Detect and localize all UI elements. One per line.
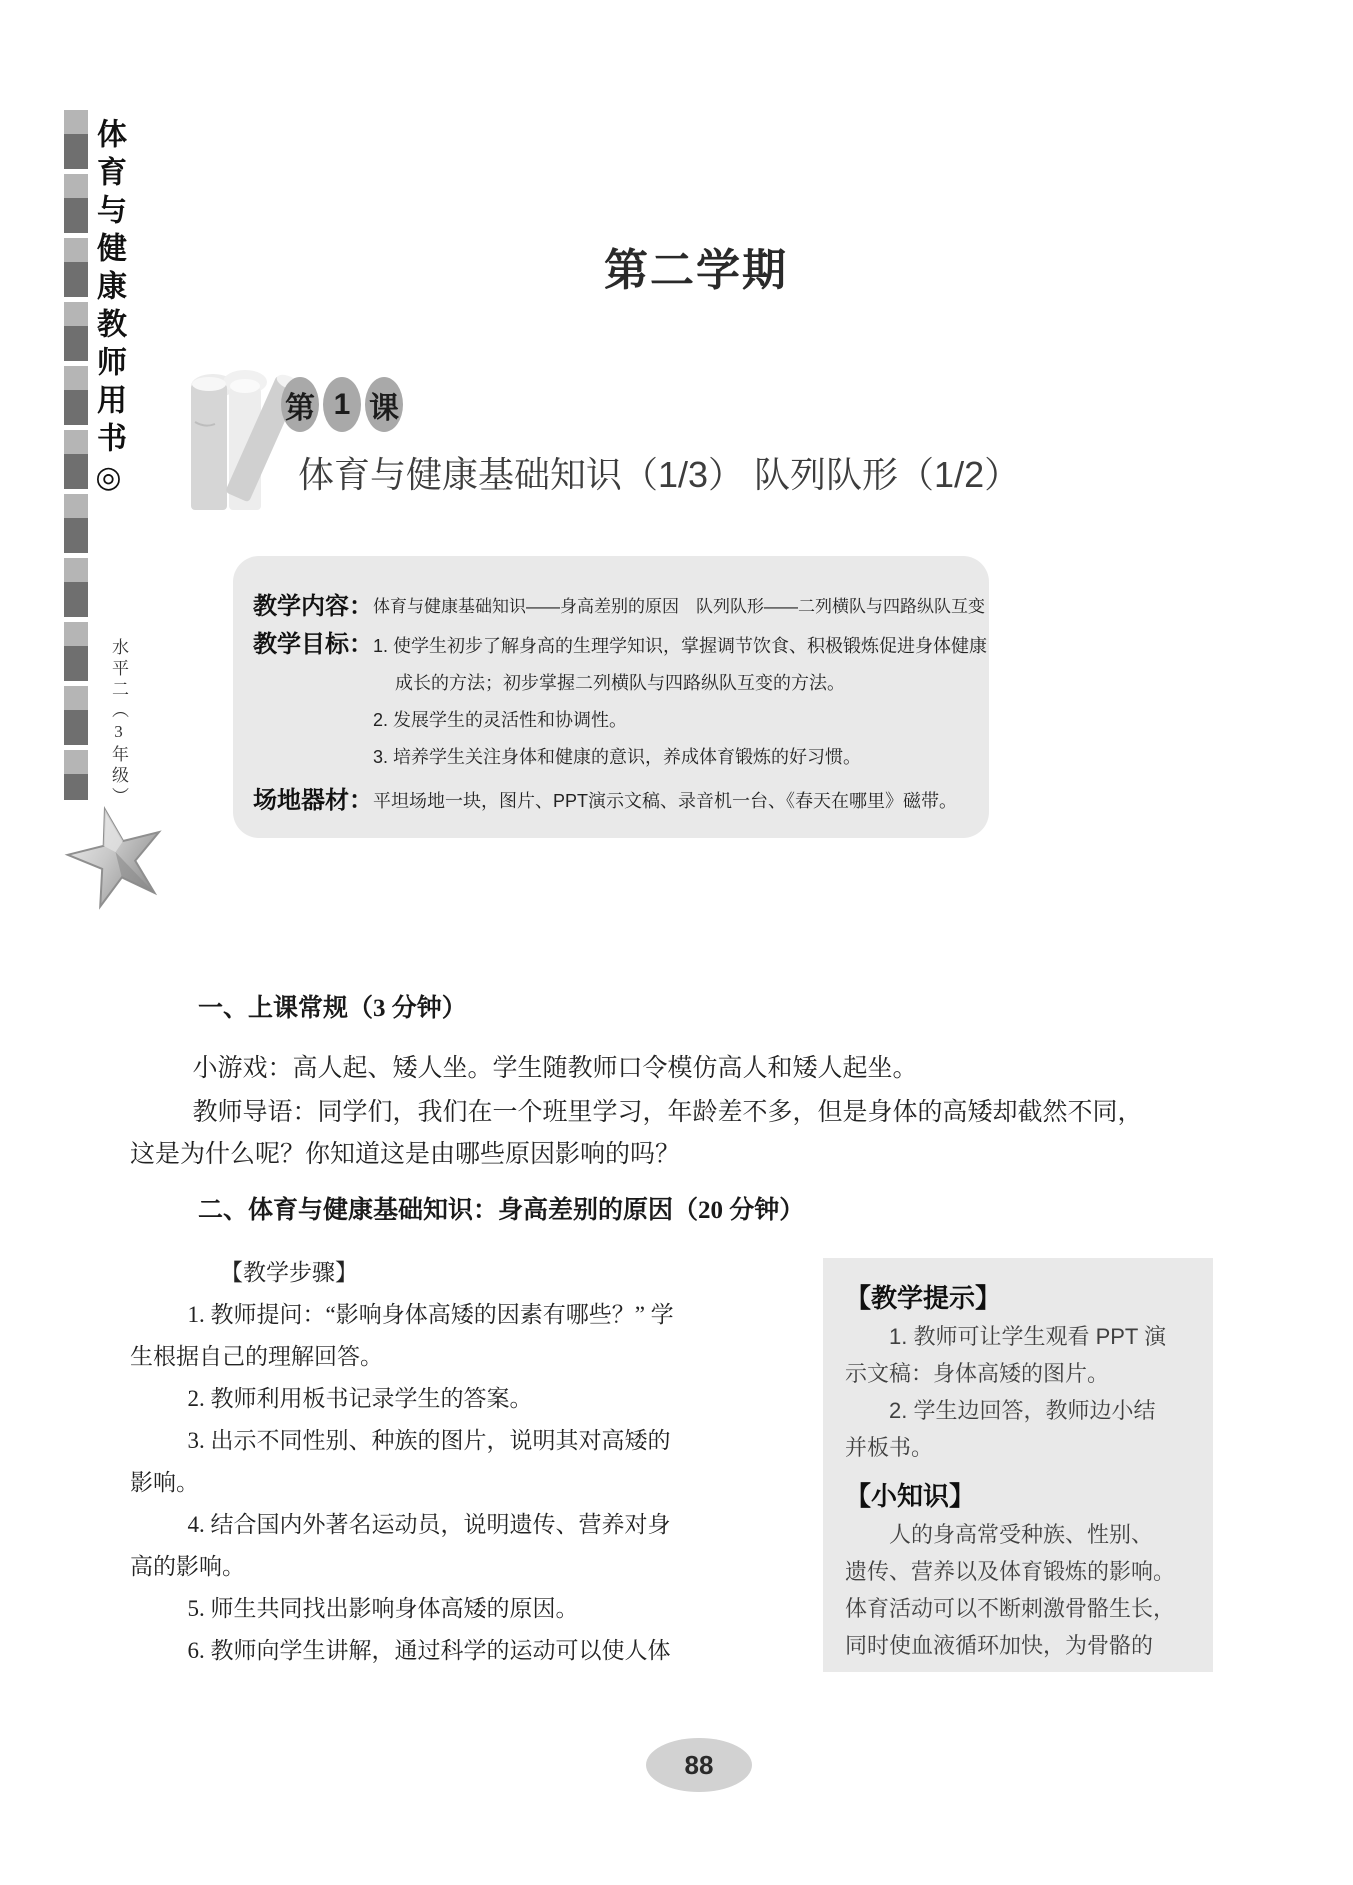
step-line: 高的影响。 [130, 1546, 730, 1588]
knowledge-line: 遗传、营养以及体育锻炼的影响。 [845, 1553, 1199, 1590]
info-value-content: 体育与健康基础知识——身高差别的原因 队列队形——二列横队与四路纵队互变 [373, 590, 985, 624]
paragraph-teacher-intro: 教师导语：同学们，我们在一个班里学习，年龄差不多，但是身体的高矮却截然不同， 这… [130, 1092, 1225, 1176]
semester-title: 第二学期 [604, 234, 788, 298]
badge-circle: 1 [323, 377, 361, 432]
badge-circle: 第 [281, 377, 319, 432]
knowledge-line: 体育活动可以不断刺激骨骼生长， [845, 1590, 1199, 1627]
info-row-equipment: 场地器材： 平坦场地一块，图片、PPT演示文稿、录音机一台、《春天在哪里》磁带。 [253, 784, 989, 818]
text-line: 这是为什么呢？你知道这是由哪些原因影响的吗？ [130, 1134, 1225, 1176]
goal-lines: 1. 使学生初步了解身高的生理学知识，掌握调节饮食、积极锻炼促进身体健康 成长的… [373, 628, 987, 776]
info-label-goals: 教学目标： [253, 628, 373, 662]
sidebar-bar-decoration [64, 110, 88, 800]
steps-heading: 【教学步骤】 [130, 1252, 730, 1294]
level-label-vertical: 水平二（3年级） [106, 638, 131, 808]
step-line: 6. 教师向学生讲解，通过科学的运动可以使人体 [130, 1630, 730, 1672]
info-value-equipment: 平坦场地一块，图片、PPT演示文稿、录音机一台、《春天在哪里》磁带。 [373, 784, 957, 818]
tips-line: 1. 教师可让学生观看 PPT 演 [845, 1318, 1199, 1355]
section1-heading: 一、上课常规（3 分钟） [130, 988, 1298, 1024]
page-number: 88 [646, 1738, 752, 1792]
goal-line: 1. 使学生初步了解身高的生理学知识，掌握调节饮食、积极锻炼促进身体健康 [373, 628, 987, 665]
book-title-vertical: 体育与健康教师用书◎ [86, 118, 130, 503]
step-line: 3. 出示不同性别、种族的图片，说明其对高矮的 [130, 1420, 730, 1462]
text-line: 小游戏：高人起、矮人坐。学生随教师口令模仿高人和矮人起坐。 [130, 1048, 1225, 1090]
tips-box: 【教学提示】 1. 教师可让学生观看 PPT 演 示文稿：身体高矮的图片。 2.… [823, 1258, 1213, 1672]
goal-line: 成长的方法；初步掌握二列横队与四路纵队互变的方法。 [395, 665, 987, 702]
knowledge-line: 人的身高常受种族、性别、 [845, 1516, 1199, 1553]
goal-line: 3. 培养学生关注身体和健康的意识，养成体育锻炼的好习惯。 [373, 739, 987, 776]
tips-heading: 【教学提示】 [845, 1278, 1199, 1318]
badge-circle: 课 [365, 377, 403, 432]
lesson-badge: 第 1 课 [281, 377, 403, 432]
star-icon [58, 806, 176, 910]
step-line: 影响。 [130, 1462, 730, 1504]
section2-heading: 二、体育与健康基础知识：身高差别的原因（20 分钟） [130, 1190, 1298, 1226]
book-page: 体育与健康教师用书◎ 水平二（3年级） 第二学期 [0, 0, 1353, 1885]
step-line: 生根据自己的理解回答。 [130, 1336, 730, 1378]
goal-line: 2. 发展学生的灵活性和协调性。 [373, 702, 987, 739]
page-number-text: 88 [685, 1750, 714, 1781]
step-line: 5. 师生共同找出影响身体高矮的原因。 [130, 1588, 730, 1630]
knowledge-line: 同时使血液循环加快，为骨骼的 [845, 1627, 1199, 1664]
info-row-goals: 教学目标： 1. 使学生初步了解身高的生理学知识，掌握调节饮食、积极锻炼促进身体… [253, 628, 989, 776]
step-line: 4. 结合国内外著名运动员，说明遗传、营养对身 [130, 1504, 730, 1546]
tips-line: 2. 学生边回答，教师边小结 [845, 1392, 1199, 1429]
info-label-content: 教学内容： [253, 590, 373, 624]
knowledge-heading: 【小知识】 [845, 1476, 1199, 1516]
paragraph-game: 小游戏：高人起、矮人坐。学生随教师口令模仿高人和矮人起坐。 [130, 1048, 1225, 1090]
lesson-title: 体育与健康基础知识（1/3） 队列队形（1/2） [298, 447, 1020, 498]
text-line: 教师导语：同学们，我们在一个班里学习，年龄差不多，但是身体的高矮却截然不同， [130, 1092, 1225, 1134]
info-label-equipment: 场地器材： [253, 784, 373, 818]
tips-line: 示文稿：身体高矮的图片。 [845, 1355, 1199, 1392]
step-line: 2. 教师利用板书记录学生的答案。 [130, 1378, 730, 1420]
teaching-steps-column: 【教学步骤】 1. 教师提问：“影响身体高矮的因素有哪些？” 学 生根据自己的理… [130, 1252, 730, 1672]
tips-line: 并板书。 [845, 1429, 1199, 1466]
info-row-content: 教学内容： 体育与健康基础知识——身高差别的原因 队列队形——二列横队与四路纵队… [253, 590, 989, 624]
step-line: 1. 教师提问：“影响身体高矮的因素有哪些？” 学 [130, 1294, 730, 1336]
info-box: 教学内容： 体育与健康基础知识——身高差别的原因 队列队形——二列横队与四路纵队… [233, 556, 989, 838]
